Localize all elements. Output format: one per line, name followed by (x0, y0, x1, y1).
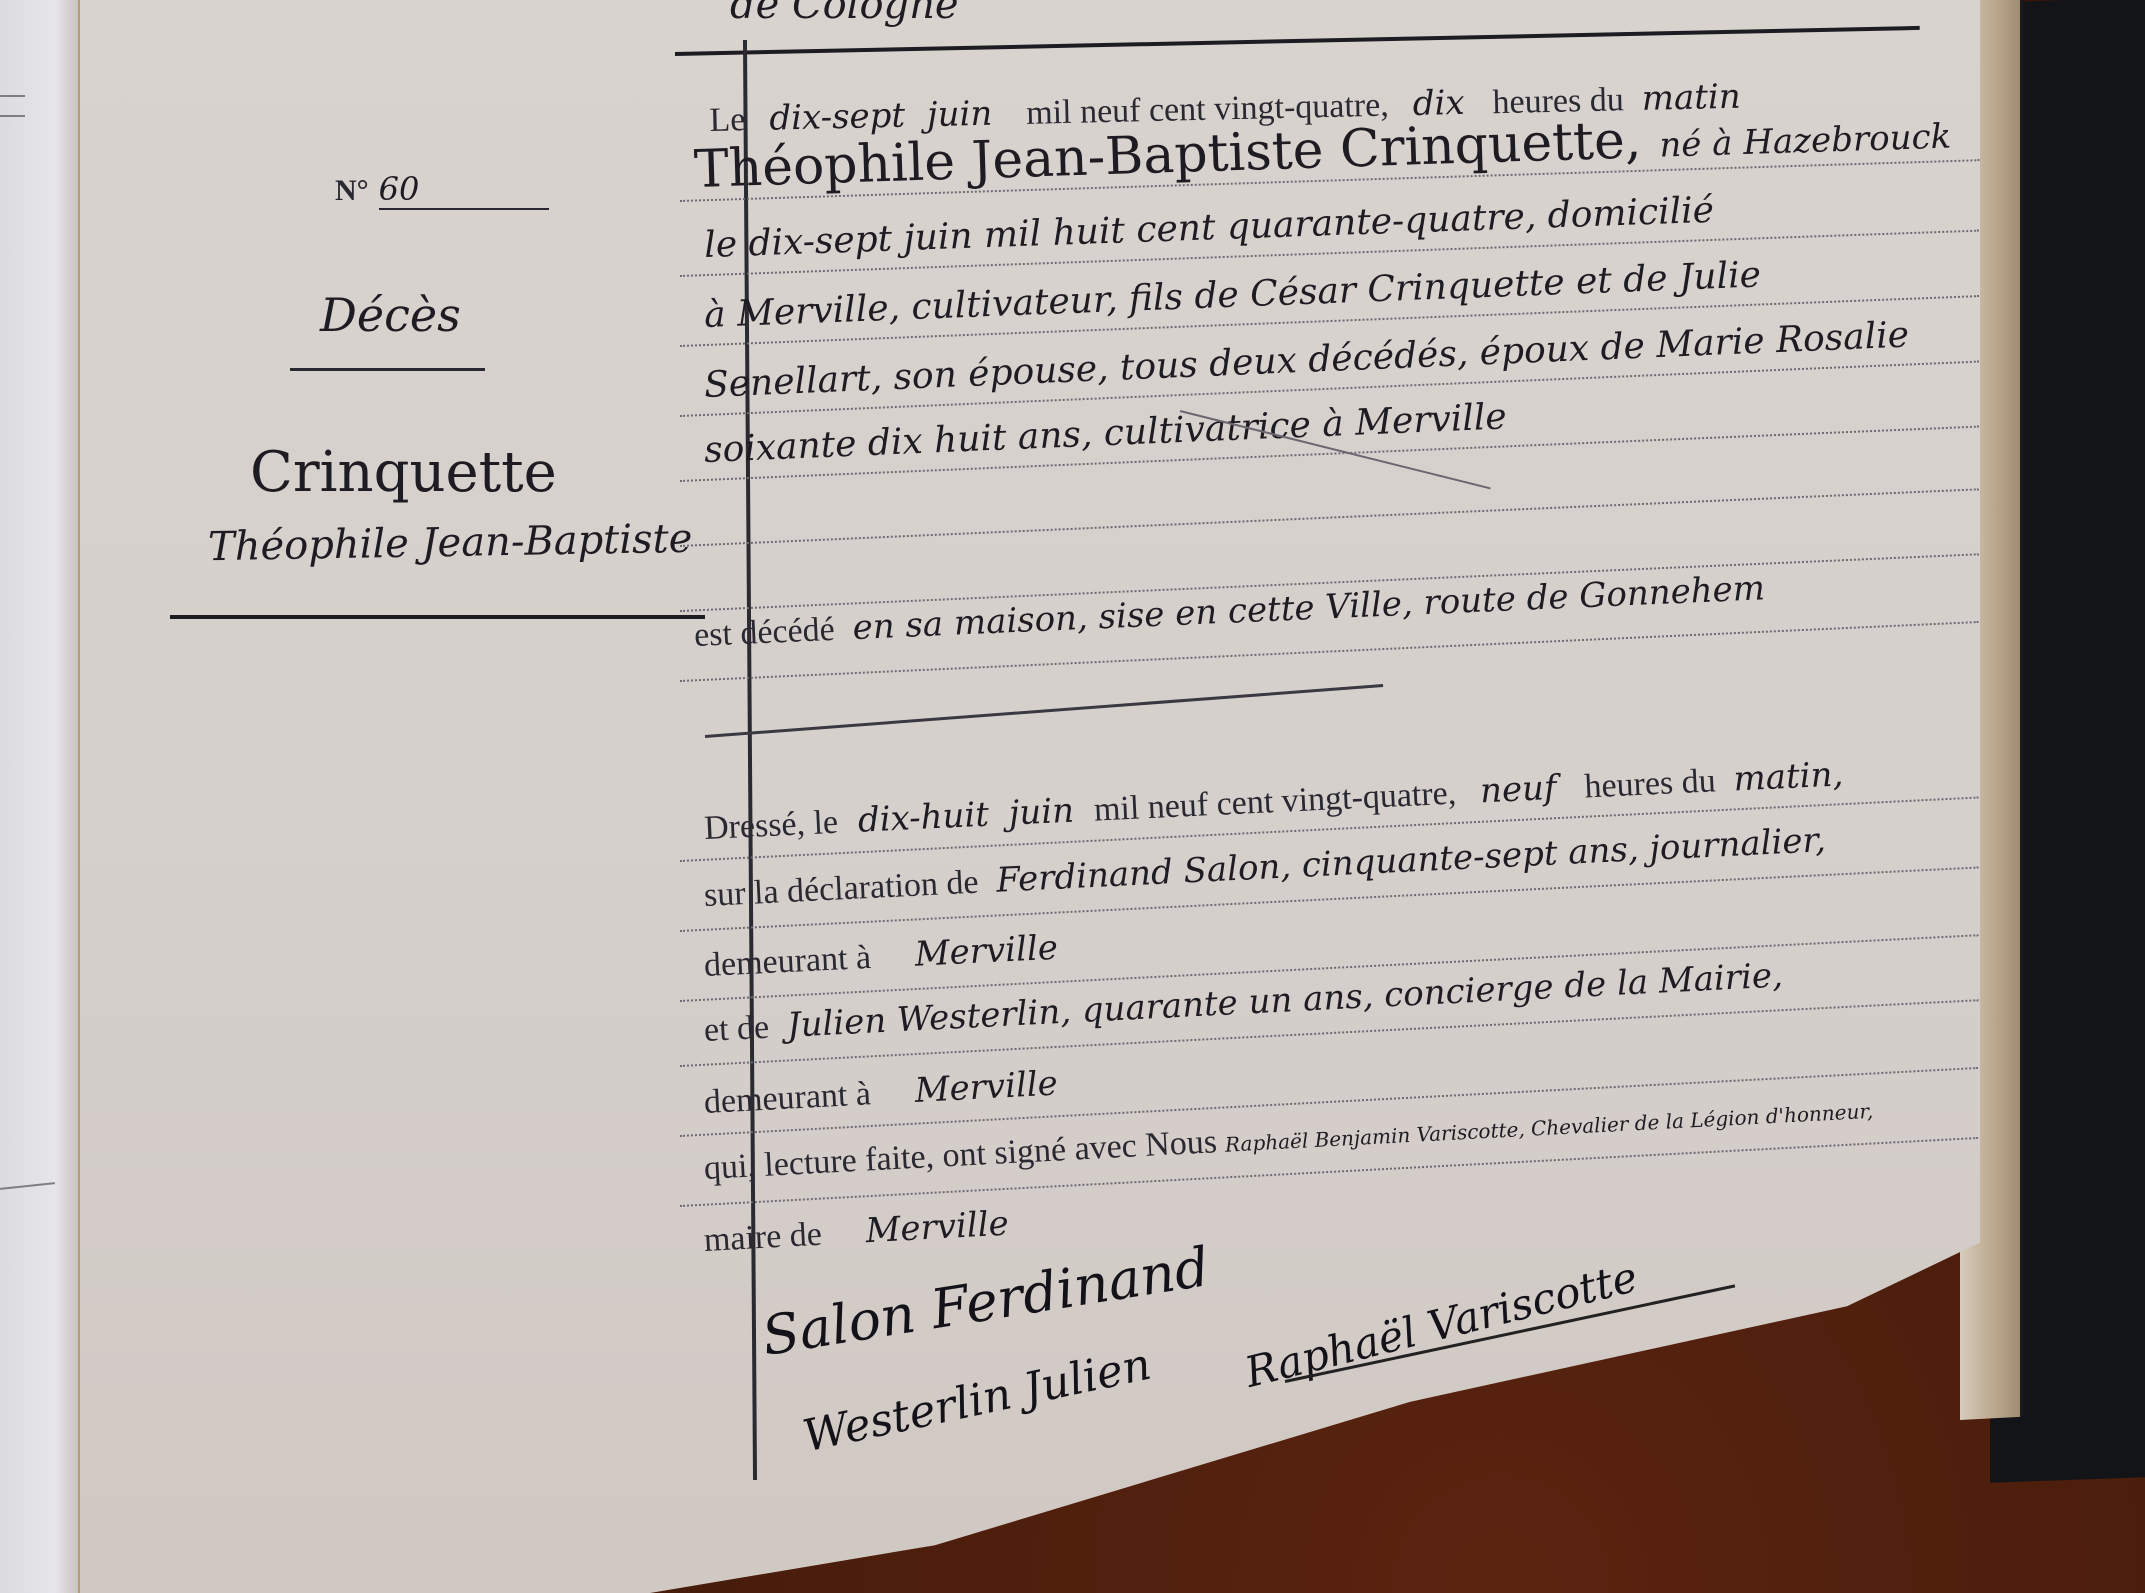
record-type-heading: Décès (320, 288, 461, 342)
previous-page-edge (0, 0, 80, 1593)
death-month: juin (927, 94, 993, 135)
birthplace: né à Hazebrouck (1659, 117, 1952, 166)
mayor-line: maire de Merville (703, 1204, 1010, 1260)
declarant-1: Ferdinand Salon, cinquante-sept ans, jou… (995, 820, 1826, 901)
record-number: N°60 (335, 170, 549, 210)
drawn-month: juin (1008, 791, 1075, 834)
margin-surname: Crinquette (250, 440, 557, 505)
act-line-3: le dix-sept juin mil huit cent quarante-… (704, 190, 1715, 266)
act-line-6: soixante dix huit ans, cultivatrice à Me… (703, 396, 1507, 471)
previous-entry-fragment: de Cologne (730, 0, 959, 28)
residence-1-line: demeurant à Merville (703, 928, 1059, 985)
signature-declarant-2: Westerlin Julien (799, 1339, 1156, 1462)
death-day: dix-sept (769, 96, 906, 139)
death-place-line: est décédé en sa maison, sise en cette V… (693, 568, 1766, 655)
heading-underline (290, 368, 485, 371)
number-label: N° (335, 174, 369, 207)
residence-2-line: demeurant à Merville (703, 1064, 1059, 1122)
residence-1: Merville (914, 928, 1059, 975)
top-rule (675, 26, 1920, 56)
separator-rule (705, 684, 1383, 738)
mayor-town: Merville (865, 1204, 1010, 1252)
residence-2: Merville (914, 1064, 1059, 1111)
drawn-day: dix-huit (857, 795, 990, 841)
drawn-hour: neuf (1479, 768, 1557, 812)
number-value: 60 (379, 170, 549, 210)
margin-bottom-rule (170, 615, 705, 619)
margin-given-names: Théophile Jean-Baptiste (208, 516, 693, 570)
